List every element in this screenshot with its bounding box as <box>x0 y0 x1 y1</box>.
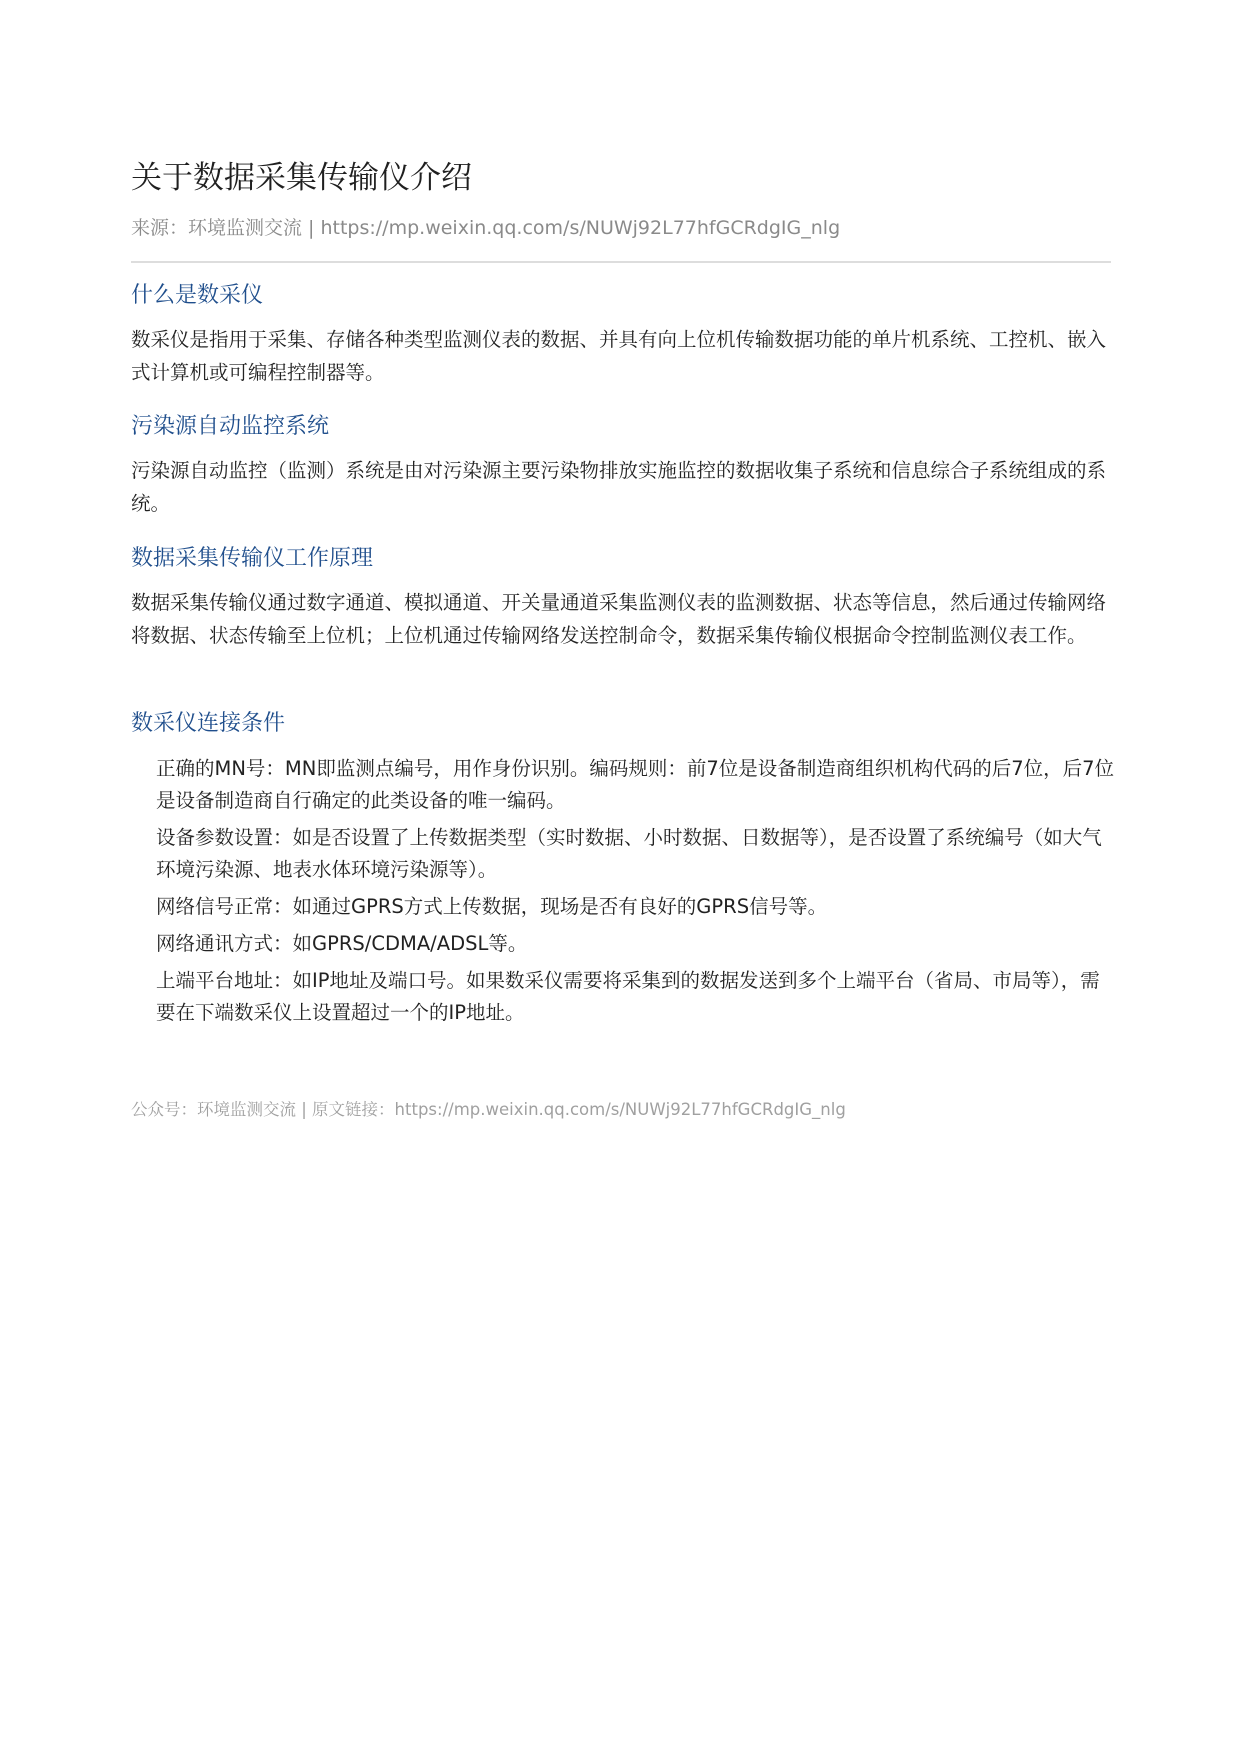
list-item-device-params: 设备参数设置：如是否设置了上传数据类型（实时数据、小时数据、日数据等），是否设置… <box>156 822 1116 886</box>
list-item-platform-address: 上端平台地址：如IP地址及端口号。如果数采仪需要将采集到的数据发送到多个上端平台… <box>156 965 1116 1029</box>
section-body-monitoring-system: 污染源自动监控（监测）系统是由对污染源主要污染物排放实施监控的数据收集子系统和信… <box>131 454 1111 520</box>
section-body-working-principle: 数据采集传输仪通过数字通道、模拟通道、开关量通道采集监测仪表的监测数据、状态等信… <box>131 586 1111 652</box>
list-item-network-mode: 网络通讯方式：如GPRS/CDMA/ADSL等。 <box>156 928 1116 960</box>
page-title: 关于数据采集传输仪介绍 <box>131 158 472 198</box>
connection-conditions-list: 正确的MN号：MN即监测点编号，用作身份识别。编码规则：前7位是设备制造商组织机… <box>156 753 1116 1034</box>
section-heading-monitoring-system: 污染源自动监控系统 <box>131 412 329 442</box>
footer-source: 公众号：环境监测交流 | 原文链接：https://mp.weixin.qq.c… <box>131 1098 846 1122</box>
section-heading-working-principle: 数据采集传输仪工作原理 <box>131 544 373 574</box>
section-heading-what-is: 什么是数采仪 <box>131 281 263 311</box>
section-heading-connection-conditions: 数采仪连接条件 <box>131 709 285 739</box>
divider <box>131 261 1111 263</box>
list-item-mn-number: 正确的MN号：MN即监测点编号，用作身份识别。编码规则：前7位是设备制造商组织机… <box>156 753 1116 817</box>
source-line: 来源：环境监测交流 | https://mp.weixin.qq.com/s/N… <box>131 215 840 241</box>
list-item-network-signal: 网络信号正常：如通过GPRS方式上传数据，现场是否有良好的GPRS信号等。 <box>156 891 1116 923</box>
section-body-what-is: 数采仪是指用于采集、存储各种类型监测仪表的数据、并具有向上位机传输数据功能的单片… <box>131 323 1111 389</box>
